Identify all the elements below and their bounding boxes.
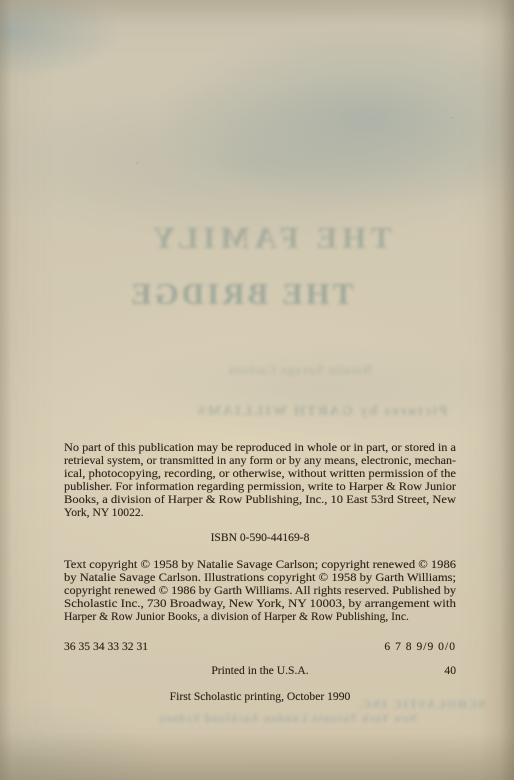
showthrough-author: Natalie Savage Carlson <box>228 362 372 378</box>
copyright-line: Scholastic Inc., 730 Broadway, New York,… <box>64 597 456 610</box>
copyright-line: by Natalie Savage Carlson. Illustrations… <box>64 571 456 584</box>
showthrough-title-line2: THE BRIDGE <box>128 276 354 312</box>
copyright-page: THE FAMILY THE BRIDGE Natalie Savage Car… <box>0 0 514 780</box>
isbn-line: ISBN 0-590-44169-8 <box>64 531 456 544</box>
printer-code: 40 <box>444 664 456 677</box>
copyright-line: copyright renewed © 1986 by Garth Willia… <box>64 584 456 597</box>
showthrough-cities: New York Toronto London Auckland Sydney <box>158 713 417 725</box>
printing-numbers-left: 36 35 34 33 32 31 <box>64 640 148 653</box>
permissions-line: York, NY 10022. <box>64 506 144 519</box>
showthrough-illustrator: Pictures by GARTH WILLIAMS <box>196 404 447 420</box>
permissions-line: retrieval system, or transmitted in any … <box>64 454 456 467</box>
permissions-line: No part of this publication may be repro… <box>64 441 456 454</box>
showthrough-title-line1: THE FAMILY <box>148 220 392 256</box>
copyright-paragraph: Text copyright © 1958 by Natalie Savage … <box>64 558 456 623</box>
printing-numbers-right: 6 7 8 9/9 0/0 <box>384 640 456 653</box>
first-printing-line: First Scholastic printing, October 1990 <box>64 690 456 703</box>
printed-in-row: Printed in the U.S.A. 40 <box>64 664 456 677</box>
permissions-line: ical, photocopying, recording, or otherw… <box>64 467 456 480</box>
copyright-line: Harper & Row Junior Books, a division of… <box>64 610 409 623</box>
printed-in-usa-label: Printed in the U.S.A. <box>211 664 308 677</box>
copyright-line: Text copyright © 1958 by Natalie Savage … <box>64 558 456 571</box>
permissions-line: Books, a division of Harper & Row Publis… <box>64 493 456 506</box>
permissions-line: publisher. For information regarding per… <box>64 480 456 493</box>
printing-numbers-row: 36 35 34 33 32 31 6 7 8 9/9 0/0 <box>64 640 456 653</box>
permissions-paragraph: No part of this publication may be repro… <box>64 441 456 519</box>
